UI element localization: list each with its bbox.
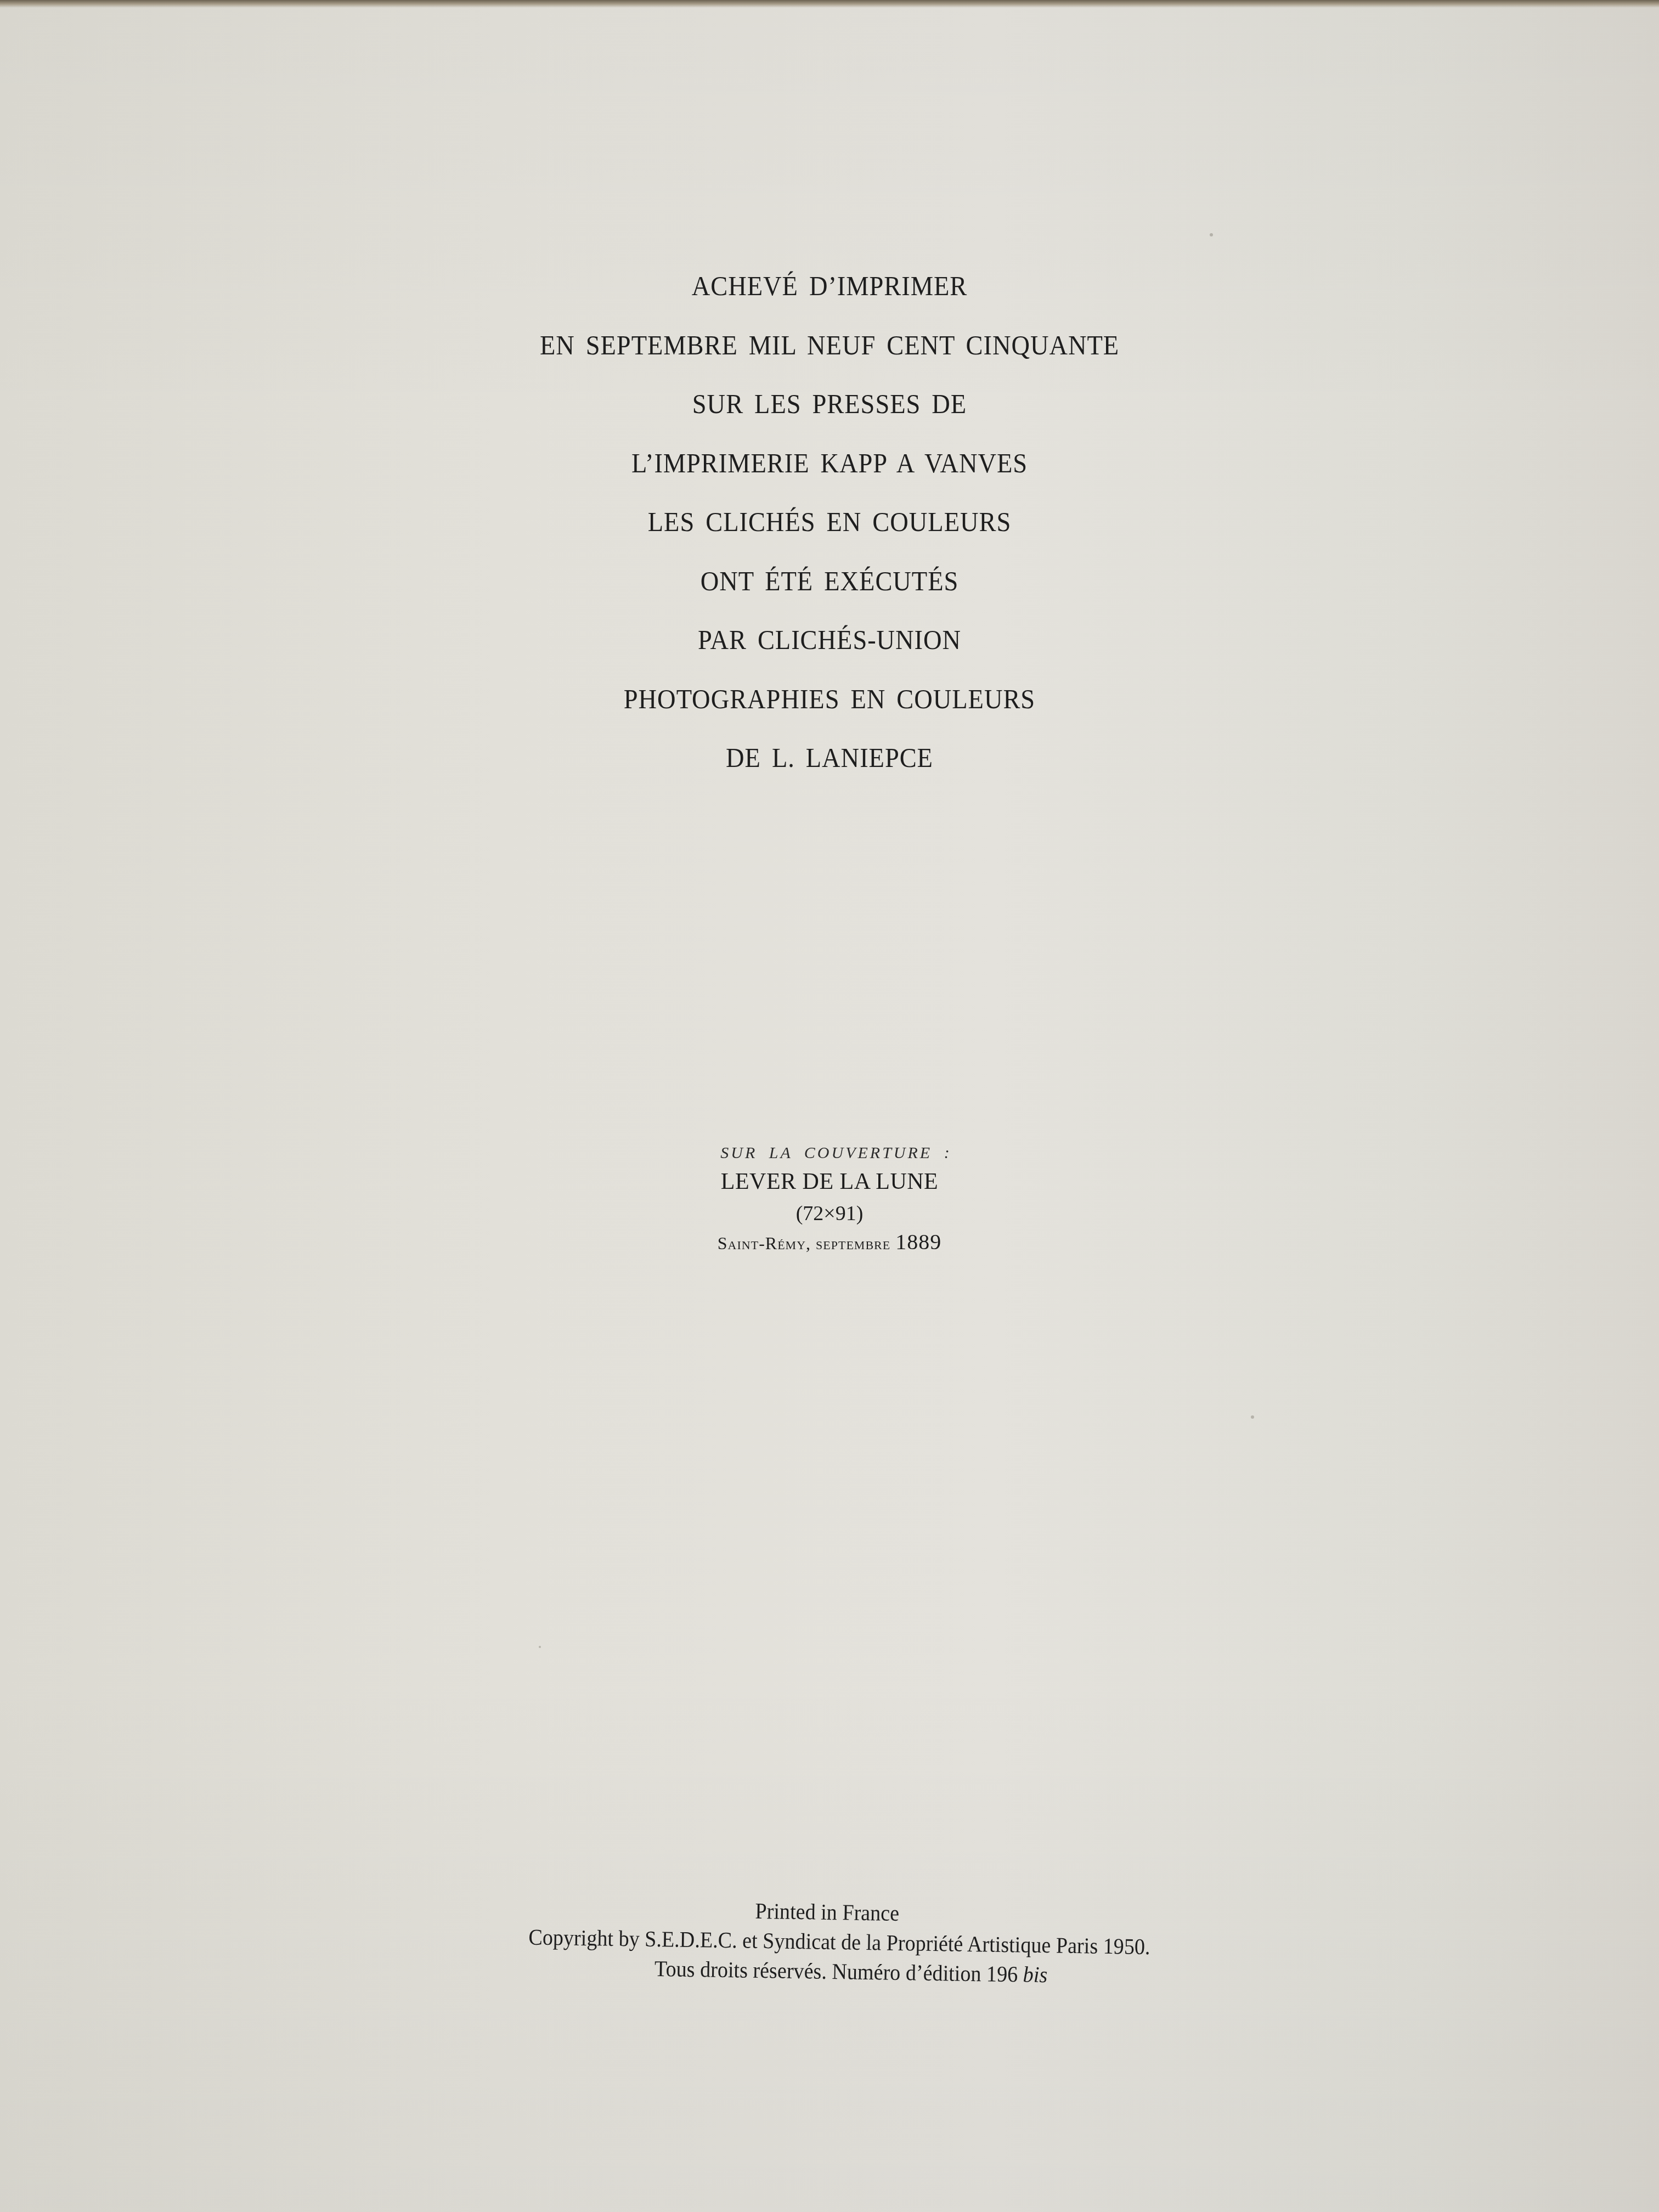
imprint-block: Printed in France Copyright by S.E.D.E.C… bbox=[0, 1884, 1659, 1999]
paper-speck bbox=[539, 1646, 541, 1648]
cover-note-heading: SUR LA COUVERTURE : bbox=[13, 1141, 1659, 1165]
paper-speck bbox=[1210, 233, 1213, 236]
cover-painting-title: LEVER DE LA LUNE bbox=[0, 1165, 1659, 1198]
cover-painting-dimensions: (72×91) bbox=[0, 1198, 1659, 1229]
paper-speck bbox=[1251, 1415, 1254, 1419]
cover-note: SUR LA COUVERTURE : LEVER DE LA LUNE (72… bbox=[0, 1141, 1659, 1256]
colophon-line: LES CLICHÉS EN COULEURS bbox=[58, 498, 1601, 557]
rights-text: Tous droits réservés. Numéro d’édition 1… bbox=[654, 1956, 1018, 1987]
year-text: 1889 bbox=[895, 1229, 941, 1254]
colophon-block: ACHEVÉ D’IMPRIMER EN SEPTEMBRE MIL NEUF … bbox=[0, 262, 1659, 793]
colophon-line: L’IMPRIMERIE KAPP A VANVES bbox=[58, 439, 1601, 499]
colophon-line: ONT ÉTÉ EXÉCUTÉS bbox=[58, 557, 1601, 617]
page-top-edge bbox=[0, 0, 1659, 8]
colophon-line: PAR CLICHÉS-UNION bbox=[58, 616, 1601, 675]
colophon-line: ACHEVÉ D’IMPRIMER bbox=[58, 262, 1601, 321]
colophon-line: EN SEPTEMBRE MIL NEUF CENT CINQUANTE bbox=[58, 321, 1601, 381]
colophon-line: SUR LES PRESSES DE bbox=[58, 380, 1601, 439]
cover-painting-place-date: Saint-Rémy, septembre 1889 bbox=[0, 1229, 1659, 1256]
edition-suffix: bis bbox=[1023, 1962, 1047, 1988]
colophon-line: DE L. LANIEPCE bbox=[58, 734, 1601, 793]
place-date-text: Saint-Rémy, septembre bbox=[718, 1233, 890, 1253]
colophon-line: PHOTOGRAPHIES EN COULEURS bbox=[58, 675, 1601, 735]
